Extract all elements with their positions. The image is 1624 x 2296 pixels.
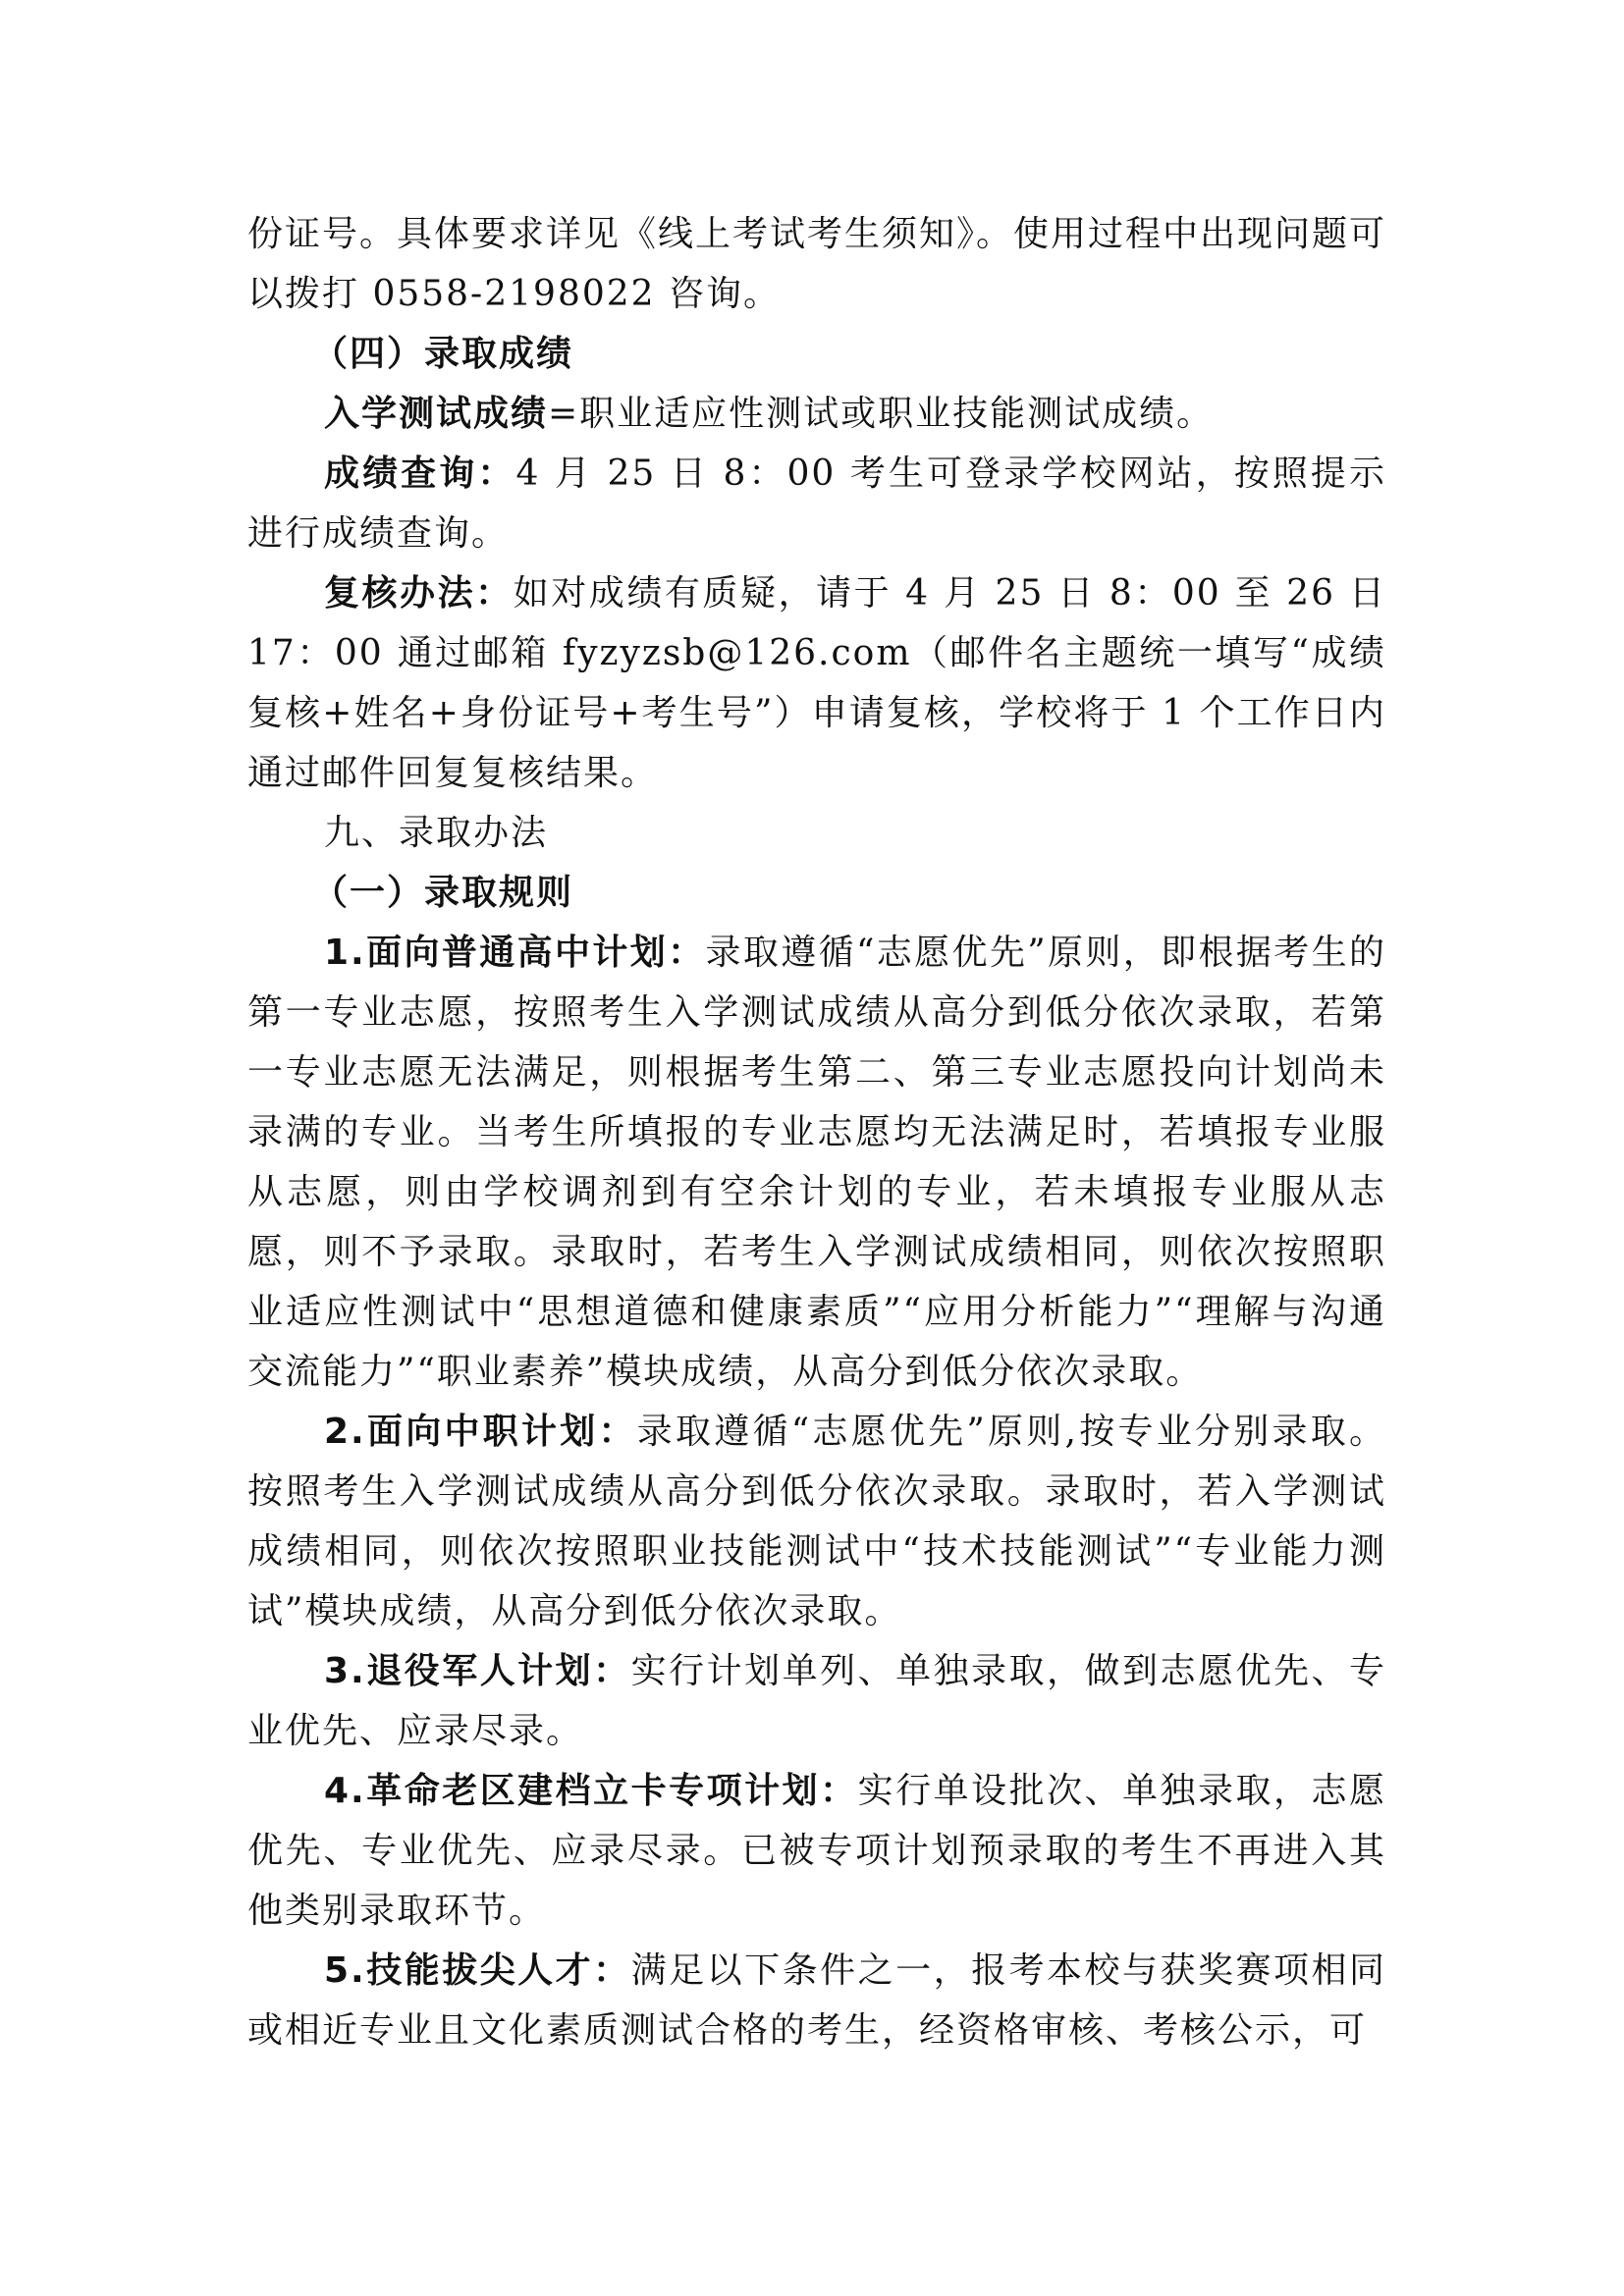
rule-label: 1.面向普通高中计划： <box>324 933 705 973</box>
rule-paragraph-special-plan: 4.革命老区建档立卡专项计划：实行单设批次、单独录取，志愿优先、专业优先、应录尽… <box>247 1761 1386 1941</box>
score-query-paragraph: 成绩查询：4 月 25 日 8：00 考生可登录学校网站，按照提示进行成绩查询。 <box>247 444 1386 563</box>
rule-paragraph-general-high-school: 1.面向普通高中计划：录取遵循“志愿优先”原则，即根据考生的第一专业志愿，按照考… <box>247 923 1386 1402</box>
rule-text: 录取遵循“志愿优先”原则，即根据考生的第一专业志愿，按照考生入学测试成绩从高分到… <box>247 933 1386 1392</box>
score-definition-paragraph: 入学测试成绩=职业适应性测试或职业技能测试成绩。 <box>247 384 1386 444</box>
rule-label: 3.退役军人计划： <box>324 1651 631 1691</box>
continuation-paragraph: 份证号。具体要求详见《线上考试考生须知》。使用过程中出现问题可以拨打 0558-… <box>247 204 1386 324</box>
rule-paragraph-veterans: 3.退役军人计划：实行计划单列、单独录取，做到志愿优先、专业优先、应录尽录。 <box>247 1641 1386 1761</box>
score-query-label: 成绩查询： <box>324 454 515 494</box>
review-paragraph: 复核办法：如对成绩有质疑，请于 4 月 25 日 8：00 至 26 日 17：… <box>247 563 1386 803</box>
rule-label: 2.面向中职计划： <box>324 1412 637 1452</box>
score-definition-text: =职业适应性测试或职业技能测试成绩。 <box>548 394 1214 434</box>
document-page: 份证号。具体要求详见《线上考试考生须知》。使用过程中出现问题可以拨打 0558-… <box>0 0 1624 2296</box>
rule-label: 5.技能拔尖人才： <box>324 1950 631 1991</box>
section-heading-admission-score: （四）录取成绩 <box>247 324 1386 384</box>
rule-paragraph-skilled-talent: 5.技能拔尖人才：满足以下条件之一，报考本校与获奖赛项相同或相近专业且文化素质测… <box>247 1941 1386 2060</box>
score-definition-label: 入学测试成绩 <box>324 394 548 434</box>
subsection-heading-admission-rules: （一）录取规则 <box>247 863 1386 923</box>
section-heading-admission-method: 九、录取办法 <box>247 803 1386 863</box>
rule-paragraph-vocational: 2.面向中职计划：录取遵循“志愿优先”原则,按专业分别录取。按照考生入学测试成绩… <box>247 1402 1386 1641</box>
review-label: 复核办法： <box>324 573 514 614</box>
rule-label: 4.革命老区建档立卡专项计划： <box>324 1771 858 1811</box>
document-body: 份证号。具体要求详见《线上考试考生须知》。使用过程中出现问题可以拨打 0558-… <box>247 204 1386 2060</box>
